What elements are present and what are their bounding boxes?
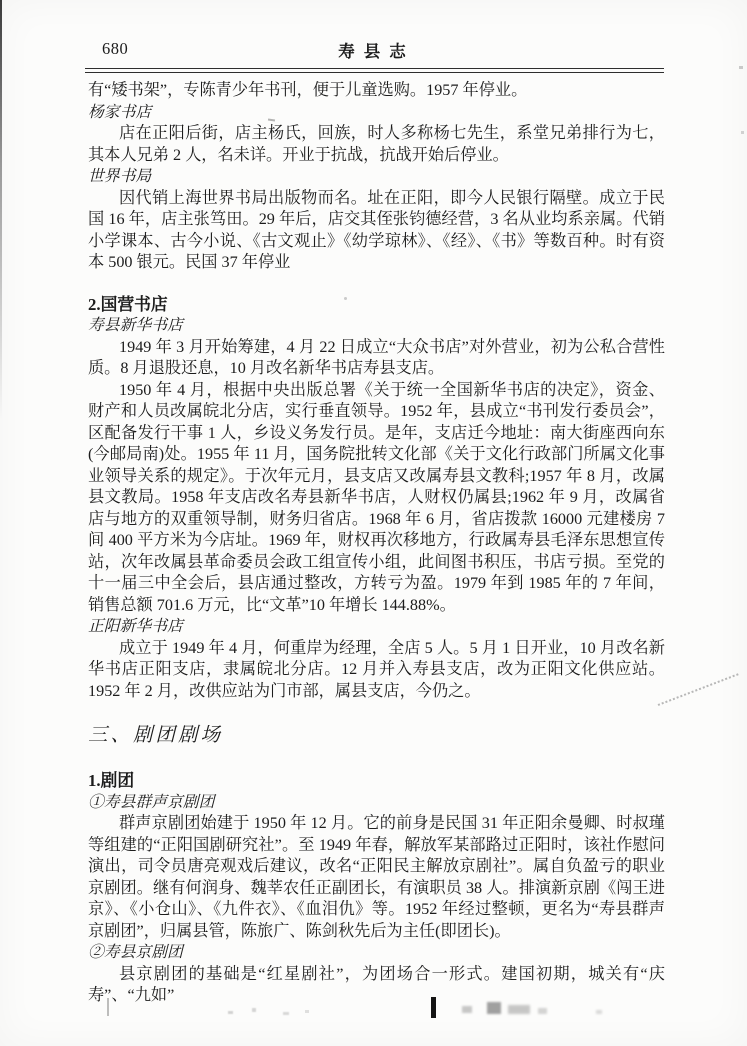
text-column: 有“矮书架”，专陈青少年书刊，便于儿童选购。1957 年停业。杨家书店店在正阳后…: [88, 80, 665, 1007]
paragraph: 群声京剧团始建于 1950 年 12 月。它的前身是民国 31 年正阳余曼卿、时…: [88, 813, 665, 942]
numbered-heading: 1.剧团: [88, 770, 665, 792]
scan-smudge: [596, 1010, 602, 1014]
paragraph: 店在正阳后街，店主杨氏，回族，时人多称杨七先生，系堂兄弟排行为七，其本人兄弟 2…: [88, 123, 665, 166]
scan-smudge: [228, 1011, 233, 1014]
scan-smudge: [462, 1006, 472, 1013]
subheading-kaiti: 世界书局: [88, 166, 665, 188]
subheading-kaiti: 杨家书店: [88, 102, 665, 124]
section-heading: 三、剧团剧场: [88, 723, 665, 749]
scan-speck: [741, 131, 744, 134]
header-double-rule: [85, 68, 664, 73]
paragraph: 因代销上海世界书局出版物而名。址在正阳，即今人民银行隔壁。成立于民国 16 年，…: [88, 188, 665, 274]
scan-speck: [739, 66, 743, 69]
paragraph: 县京剧团的基础是“红星剧社”，为团场合一形式。建国初期，城关有“庆寿”、“九如”: [88, 964, 665, 1007]
paragraph: 1949 年 3 月开始筹建，4 月 22 日成立“大众书店”对外营业，初为公私…: [88, 337, 665, 380]
book-title: 寿县志: [88, 38, 665, 62]
scan-smudge: [252, 1008, 256, 1012]
subheading-kaiti: 寿县新华书店: [88, 315, 665, 337]
page-header: 680 寿县志: [88, 39, 665, 61]
paragraph: 1950 年 4 月，根据中央出版总署《关于统一全国新华书店的决定》，资金、财产…: [88, 380, 665, 617]
paragraph: 成立于 1949 年 4 月，何重岸为经理，全店 5 人。5 月 1 日开业，1…: [88, 638, 665, 703]
scan-smudge: [283, 1012, 289, 1015]
scan-smudge: [538, 1008, 547, 1014]
scan-edge-line: [0, 0, 2, 420]
subheading-kaiti: 正阳新华书店: [88, 616, 665, 638]
subheading-kaiti: ②寿县京剧团: [88, 942, 665, 964]
scan-artifact-slash: [658, 673, 739, 706]
scanned-book-page: 680 寿县志 有“矮书架”，专陈青少年书刊，便于儿童选购。1957 年停业。杨…: [0, 0, 747, 1046]
scan-smudge: [305, 1010, 309, 1013]
numbered-heading: 2.国营书店: [88, 294, 665, 316]
subheading-kaiti: ①寿县群声京剧团: [88, 792, 665, 814]
paragraph: 有“矮书架”，专陈青少年书刊，便于儿童选购。1957 年停业。: [88, 80, 665, 102]
